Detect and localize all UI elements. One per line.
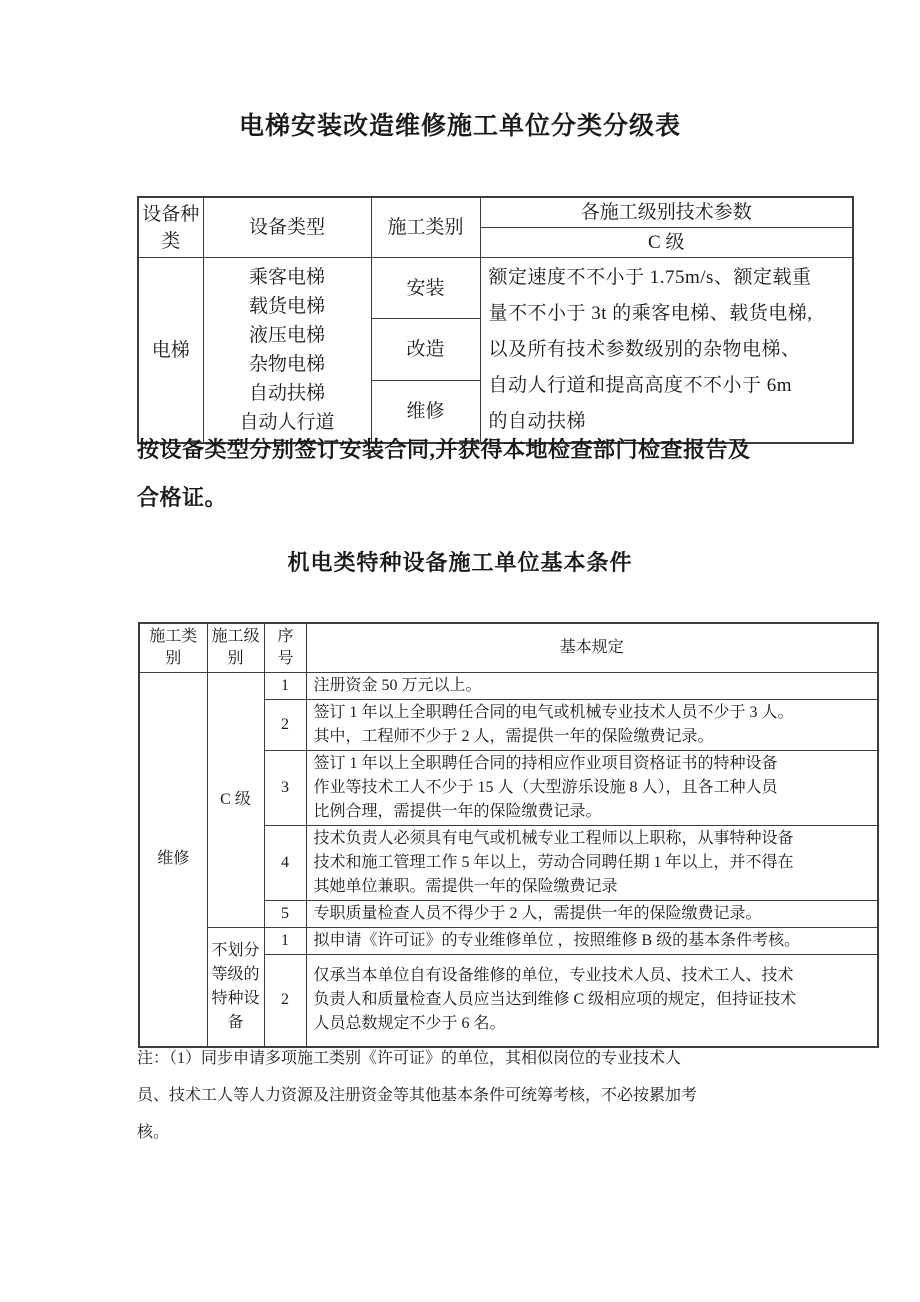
table2-header-basic-rule: 基本规定	[306, 623, 878, 672]
table2-cell-no: 2	[264, 954, 306, 1046]
table2-cell-rule: 签订 1 年以上全职聘任合同的持相应作业项目资格证书的特种设备 作业等技术工人不…	[306, 750, 878, 825]
document-page: 电梯安装改造维修施工单位分类分级表 设备种类 设备类型 施工类别 各施工级别技术…	[0, 0, 920, 1302]
table2-header-seq: 序号	[264, 623, 306, 672]
footnote: 注：（1）同步申请多项施工类别《许可证》的单位，其相似岗位的专业技术人 员、技术…	[137, 1040, 882, 1151]
table1-header-tech-params: 各施工级别技术参数	[480, 197, 853, 228]
table-row: 不划分等级的特种设备 1 拟申请《许可证》的专业维修单位 ，按照维修 B 级的基…	[139, 927, 878, 954]
table2-cell-category: 维修	[139, 672, 207, 1047]
table1-cell-device-category: 电梯	[138, 258, 203, 444]
table1-cell-modify: 改造	[371, 319, 480, 381]
table2-header-construction-level: 施工级别	[207, 623, 264, 672]
table1-header-construction-type: 施工类别	[371, 197, 480, 258]
table1-cell-device-types: 乘客电梯 载货电梯 液压电梯 杂物电梯 自动扶梯 自动人行道	[203, 258, 371, 444]
table2-cell-rule: 专职质量检查人员不得少于 2 人，需提供一年的保险缴费记录。	[306, 900, 878, 927]
table-row: 维修 C 级 1 注册资金 50 万元以上。	[139, 672, 878, 699]
table2-cell-no: 2	[264, 699, 306, 750]
table2-cell-no: 1	[264, 672, 306, 699]
table2-cell-no: 5	[264, 900, 306, 927]
table2-cell-no: 3	[264, 750, 306, 825]
elevator-classification-table: 设备种类 设备类型 施工类别 各施工级别技术参数 C 级 电梯 乘客电梯 载货电…	[137, 196, 854, 444]
contract-note-paragraph: 按设备类型分别签订安装合同,并获得本地检查部门检查报告及 合格证。	[137, 426, 877, 522]
table2-cell-rule: 拟申请《许可证》的专业维修单位 ，按照维修 B 级的基本条件考核。	[306, 927, 878, 954]
table2-cell-rule: 技术负责人必须具有电气或机械专业工程师以上职称，从事特种设备 技术和施工管理工作…	[306, 825, 878, 900]
table2-header-construction-type: 施工类别	[139, 623, 207, 672]
basic-conditions-table: 施工类别 施工级别 序号 基本规定 维修 C 级 1 注册资金 50 万元以上。…	[138, 622, 879, 1048]
table2-cell-no: 1	[264, 927, 306, 954]
table2-cell-rule: 签订 1 年以上全职聘任合同的电气或机械专业技术人员不少于 3 人。 其中，工程…	[306, 699, 878, 750]
table2-cell-level-c: C 级	[207, 672, 264, 927]
table1-header-c-level: C 级	[480, 228, 853, 258]
table1-header-device-type: 设备类型	[203, 197, 371, 258]
table-row: 电梯 乘客电梯 载货电梯 液压电梯 杂物电梯 自动扶梯 自动人行道 安装 额定速…	[138, 258, 853, 319]
table1-cell-c-level-spec: 额定速度不不小于 1.75m/s、额定载重 量不不小于 3t 的乘客电梯、载货电…	[480, 258, 853, 444]
page-title: 电梯安装改造维修施工单位分类分级表	[0, 110, 920, 142]
section-title: 机电类特种设备施工单位基本条件	[0, 548, 920, 578]
table1-cell-install: 安装	[371, 258, 480, 319]
table2-cell-no: 4	[264, 825, 306, 900]
table2-cell-rule: 注册资金 50 万元以上。	[306, 672, 878, 699]
table2-cell-rule: 仅承当本单位自有设备维修的单位，专业技术人员、技术工人、技术 负责人和质量检查人…	[306, 954, 878, 1046]
table1-header-device-category: 设备种类	[138, 197, 203, 258]
table2-cell-level-ungraded: 不划分等级的特种设备	[207, 927, 264, 1047]
